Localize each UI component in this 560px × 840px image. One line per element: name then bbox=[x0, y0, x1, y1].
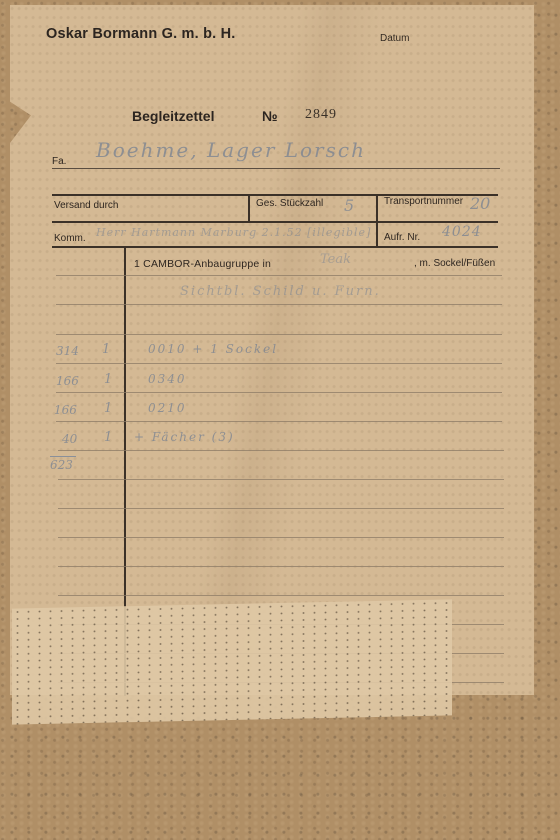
transport-value: 20 bbox=[470, 194, 490, 213]
ruled-line bbox=[56, 304, 502, 305]
ruled-line bbox=[58, 537, 504, 538]
document-title: Begleitzettel bbox=[132, 108, 214, 124]
ruled-line bbox=[58, 508, 504, 509]
auftr-label: Aufr. Nr. bbox=[384, 232, 420, 243]
row-desc: 0210 bbox=[148, 401, 187, 415]
date-label: Datum bbox=[380, 33, 409, 44]
versand-label: Versand durch bbox=[54, 200, 119, 211]
row-border bbox=[52, 221, 498, 223]
stueckzahl-value: 5 bbox=[344, 196, 354, 215]
item-printed-fill: Teak bbox=[320, 252, 351, 267]
ruled-line bbox=[58, 566, 504, 567]
row-qty: 166 bbox=[54, 403, 77, 417]
company-name: Oskar Bormann G. m. b. H. bbox=[46, 26, 236, 42]
row-count: 1 bbox=[104, 401, 112, 416]
firma-label: Fa. bbox=[52, 156, 66, 167]
ruled-line bbox=[56, 334, 502, 335]
ruled-line bbox=[58, 450, 504, 451]
komm-label: Komm. bbox=[54, 233, 86, 244]
row-desc: 0340 bbox=[148, 372, 187, 386]
divider bbox=[248, 194, 250, 222]
komm-value: Herr Hartmann Marburg 2.1.52 [illegible] bbox=[96, 226, 371, 239]
row-count: 1 bbox=[104, 372, 112, 387]
row-qty: 40 bbox=[62, 432, 77, 446]
row-count: 1 bbox=[102, 342, 110, 357]
item-printed-suffix: , m. Sockel/Füßen bbox=[414, 258, 495, 269]
row-desc: + Fächer (3) bbox=[134, 430, 235, 444]
firma-underline bbox=[52, 168, 500, 169]
row-count: 1 bbox=[104, 430, 112, 445]
item-line-2: Sichtbl. Schild u. Furn. bbox=[180, 284, 381, 299]
row-qty: 314 bbox=[56, 344, 79, 358]
number-sign: № bbox=[262, 108, 278, 124]
row-desc: 0010 + 1 Sockel bbox=[148, 342, 278, 356]
ruled-line bbox=[56, 392, 502, 393]
document-number: 2849 bbox=[305, 107, 337, 123]
ruled-line bbox=[58, 479, 504, 480]
row-qty-total: 623 bbox=[50, 458, 73, 472]
auftr-value: 4024 bbox=[442, 224, 482, 240]
divider bbox=[376, 194, 378, 246]
sum-line bbox=[50, 456, 76, 457]
ruled-line bbox=[56, 363, 502, 364]
firma-value: Boehme, Lager Lorsch bbox=[96, 138, 366, 162]
tape-strip bbox=[12, 599, 452, 724]
transport-label: Transportnummer bbox=[384, 196, 463, 207]
ruled-line bbox=[58, 595, 504, 596]
row-qty: 166 bbox=[56, 374, 79, 388]
stueckzahl-label: Ges. Stückzahl bbox=[256, 198, 323, 209]
ruled-line bbox=[56, 275, 502, 276]
item-printed-prefix: 1 CAMBOR-Anbaugruppe in bbox=[134, 258, 271, 270]
ruled-line bbox=[56, 421, 502, 422]
row-border bbox=[52, 246, 498, 248]
